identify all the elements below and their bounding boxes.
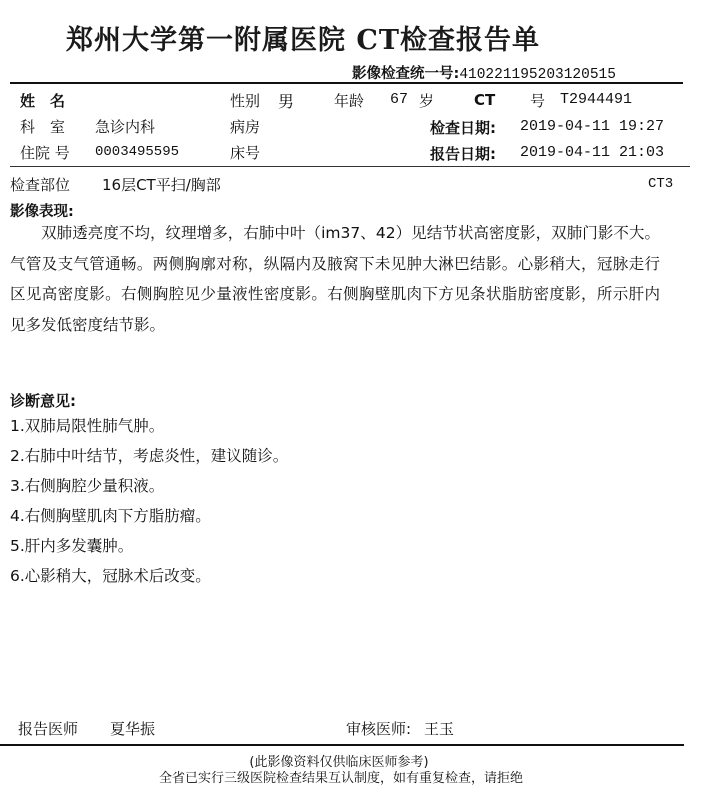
ct-label: CT [474, 91, 495, 109]
bed-label: 床号 [230, 142, 260, 163]
diagnosis-item: 2.右肺中叶结节，考虑炎性，建议随诊。 [10, 441, 288, 471]
age-unit: 岁 [419, 90, 434, 111]
footer-note: (此影像资料仅供临床医师参考) [0, 754, 700, 771]
review-doctor-label: 审核医师: [346, 718, 411, 739]
diagnosis-item: 6.心影稍大，冠脉术后改变。 [10, 561, 288, 591]
header-divider [10, 82, 683, 84]
report-title: 郑州大学第一附属医院 CT检查报告单 [66, 18, 540, 57]
exam-date-label: 检查日期: [430, 117, 496, 138]
review-doctor-value: 王玉 [424, 718, 454, 739]
diagnosis-item: 3.右侧胸腔少量积液。 [10, 471, 288, 501]
report-doctor-label: 报告医师 [18, 718, 78, 739]
diagnosis-item: 1.双肺局限性肺气肿。 [10, 411, 288, 441]
ct-no-label: 号 [530, 90, 545, 111]
imaging-uid-label: 影像检查统一号: [352, 66, 459, 82]
diagnosis-item: 5.肝内多发囊肿。 [10, 531, 288, 561]
diagnosis-label: 诊断意见: [10, 390, 76, 411]
footer-divider [0, 744, 684, 746]
exam-date-value: 2019-04-11 19:27 [520, 118, 664, 135]
footer-mutual-recognition: 全省已实行三级医院检查结果互认制度，如有重复检查，请拒绝 [0, 770, 702, 787]
dept-value: 急诊内科 [95, 116, 155, 137]
diagnosis-item: 4.右侧胸壁肌肉下方脂肪瘤。 [10, 501, 288, 531]
exam-site-label: 检查部位 [10, 174, 70, 195]
dept-label: 科 室 [20, 116, 65, 137]
patient-info-divider [10, 166, 690, 167]
inpatient-value: 0003495595 [95, 144, 179, 160]
age-value: 67 [390, 91, 408, 108]
report-doctor-value: 夏华振 [110, 718, 155, 739]
inpatient-label: 住院 号 [20, 142, 70, 163]
gender-label: 性别 [230, 90, 260, 111]
report-date-value: 2019-04-11 21:03 [520, 144, 664, 161]
imaging-uid-value: 410221195203120515 [459, 67, 616, 83]
age-label: 年龄 [334, 90, 364, 111]
ct-no-value: T2944491 [560, 91, 632, 108]
gender-value: 男 [278, 89, 294, 112]
exam-site-value: 16层CT平扫/胸部 [102, 174, 221, 195]
report-date-label: 报告日期: [430, 143, 496, 164]
name-label: 姓 名 [20, 90, 65, 111]
exam-device: CT3 [648, 176, 673, 192]
diagnosis-list: 1.双肺局限性肺气肿。 2.右肺中叶结节，考虑炎性，建议随诊。 3.右侧胸腔少量… [10, 411, 288, 591]
imaging-uid: 影像检查统一号:410221195203120515 [352, 62, 616, 83]
ward-label: 病房 [230, 116, 260, 137]
findings-text: 双肺透亮度不均，纹理增多，右肺中叶（im37、42）见结节状高密度影，双肺门影不… [10, 218, 660, 340]
